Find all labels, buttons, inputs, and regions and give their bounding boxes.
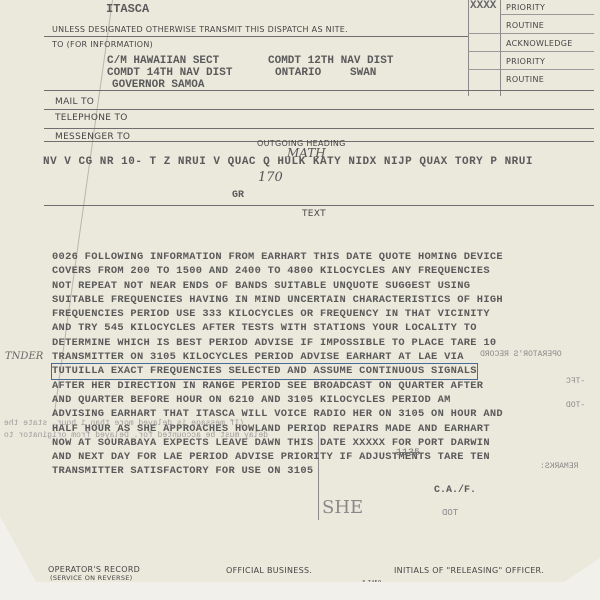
footer-service-note: (SERVICE ON REVERSE) (50, 574, 133, 582)
footer-operators-record: OPERATOR'S RECORD (48, 565, 140, 574)
text-line: FREQUENCIES PERIOD USE 333 KILOCYCLES OR… (52, 307, 572, 321)
grid-line (468, 0, 469, 96)
divider (44, 36, 468, 37)
message-text: 0026 FOLLOWING INFORMATION FROM EARHART … (52, 250, 572, 479)
divider (44, 90, 594, 91)
text-line: TRANSMITTER ON 3105 KILOCYCLES PERIOD AD… (52, 350, 572, 364)
text-line: AND NEXT DAY FOR LAE PERIOD ADVISE PRIOR… (52, 450, 572, 464)
text-line: 0026 FOLLOWING INFORMATION FROM EARHART … (52, 250, 572, 264)
telephone-to-label: TELEPHONE TO (55, 113, 128, 123)
initials-stamp: C.A./F. (434, 485, 476, 496)
telephone-to-line (44, 128, 594, 129)
text-line: AND TRY 545 KILOCYCLES AFTER TESTS WITH … (52, 321, 572, 335)
footer-releasing-officer: INITIALS OF "RELEASING" OFFICER. (394, 566, 544, 575)
text-line: HALF HOUR AS SHE APPROACHES HOWLAND PERI… (52, 422, 572, 436)
form-number: 3-7459 (362, 580, 382, 586)
text-line: DETERMINE WHICH IS BEST PERIOD ADVISE IF… (52, 336, 572, 350)
text-label: TEXT (302, 209, 326, 219)
handwritten-initials: SHE (322, 497, 363, 518)
mail-to-label: MAIL TO (55, 97, 94, 107)
text-line: COVERS FROM 200 TO 1500 AND 2400 TO 4800… (52, 264, 572, 278)
text-line: NOW AT SOURABAYA EXPECTS LEAVE DAWN THIS… (52, 436, 572, 450)
precedence-routine-2: ROUTINE (506, 75, 544, 84)
addressee: SWAN (350, 67, 376, 79)
to-label: TO (FOR INFORMATION) (52, 40, 153, 49)
transmit-instruction: UNLESS DESIGNATED OTHERWISE TRANSMIT THI… (52, 25, 348, 34)
tod-stamp: TOD (442, 508, 458, 518)
handwritten-count: 170 (258, 170, 283, 185)
divider (44, 205, 594, 206)
ship-name: ITASCA (106, 2, 149, 16)
outgoing-heading-line: NV V CG NR 10- T Z NRUI V QUAC Q HULK KA… (43, 156, 533, 168)
grid-line (468, 51, 594, 52)
text-line: AND QUARTER BEFORE HOUR ON 6210 AND 3105… (52, 393, 572, 407)
text-line: NOT REPEAT NOT NEAR ENDS OF BANDS SUITAB… (52, 279, 572, 293)
text-line: TUTUILLA EXACT FREQUENCIES SELECTED AND … (52, 364, 477, 378)
margin-note: TNDER (5, 351, 43, 362)
addressee: COMDT 12TH NAV DIST (268, 55, 393, 67)
text-line: TRANSMITTER SATISFACTORY FOR USE ON 3105 (52, 464, 572, 478)
precedence-routine: ROUTINE (506, 21, 544, 30)
group-label: GR (232, 190, 244, 201)
precedence-priority: PRIORITY (506, 3, 545, 12)
grid-line (468, 69, 594, 70)
grid-line (468, 33, 594, 34)
struck-time: 1135 (396, 448, 420, 459)
grid-line (500, 14, 594, 15)
addressee: COMDT 14TH NAV DIST (107, 67, 232, 79)
dispatch-form: ITASCA UNLESS DESIGNATED OTHERWISE TRANS… (0, 0, 600, 600)
addressee: C/M HAWAIIAN SECT (107, 55, 219, 67)
text-line: ADVISING EARHART THAT ITASCA WILL VOICE … (52, 407, 572, 421)
text-line: AFTER HER DIRECTION IN RANGE PERIOD SEE … (52, 379, 572, 393)
footer-official-business: OFFICIAL BUSINESS. (226, 566, 312, 575)
precedence-mark: XXXX (470, 0, 496, 12)
text-line: SUITABLE FREQUENCIES HAVING IN MIND UNCE… (52, 293, 572, 307)
mail-to-line (44, 109, 594, 110)
precedence-priority-2: PRIORITY (506, 57, 545, 66)
addressee: ONTARIO (275, 67, 321, 79)
precedence-acknowledge: ACKNOWLEDGE (506, 39, 573, 48)
